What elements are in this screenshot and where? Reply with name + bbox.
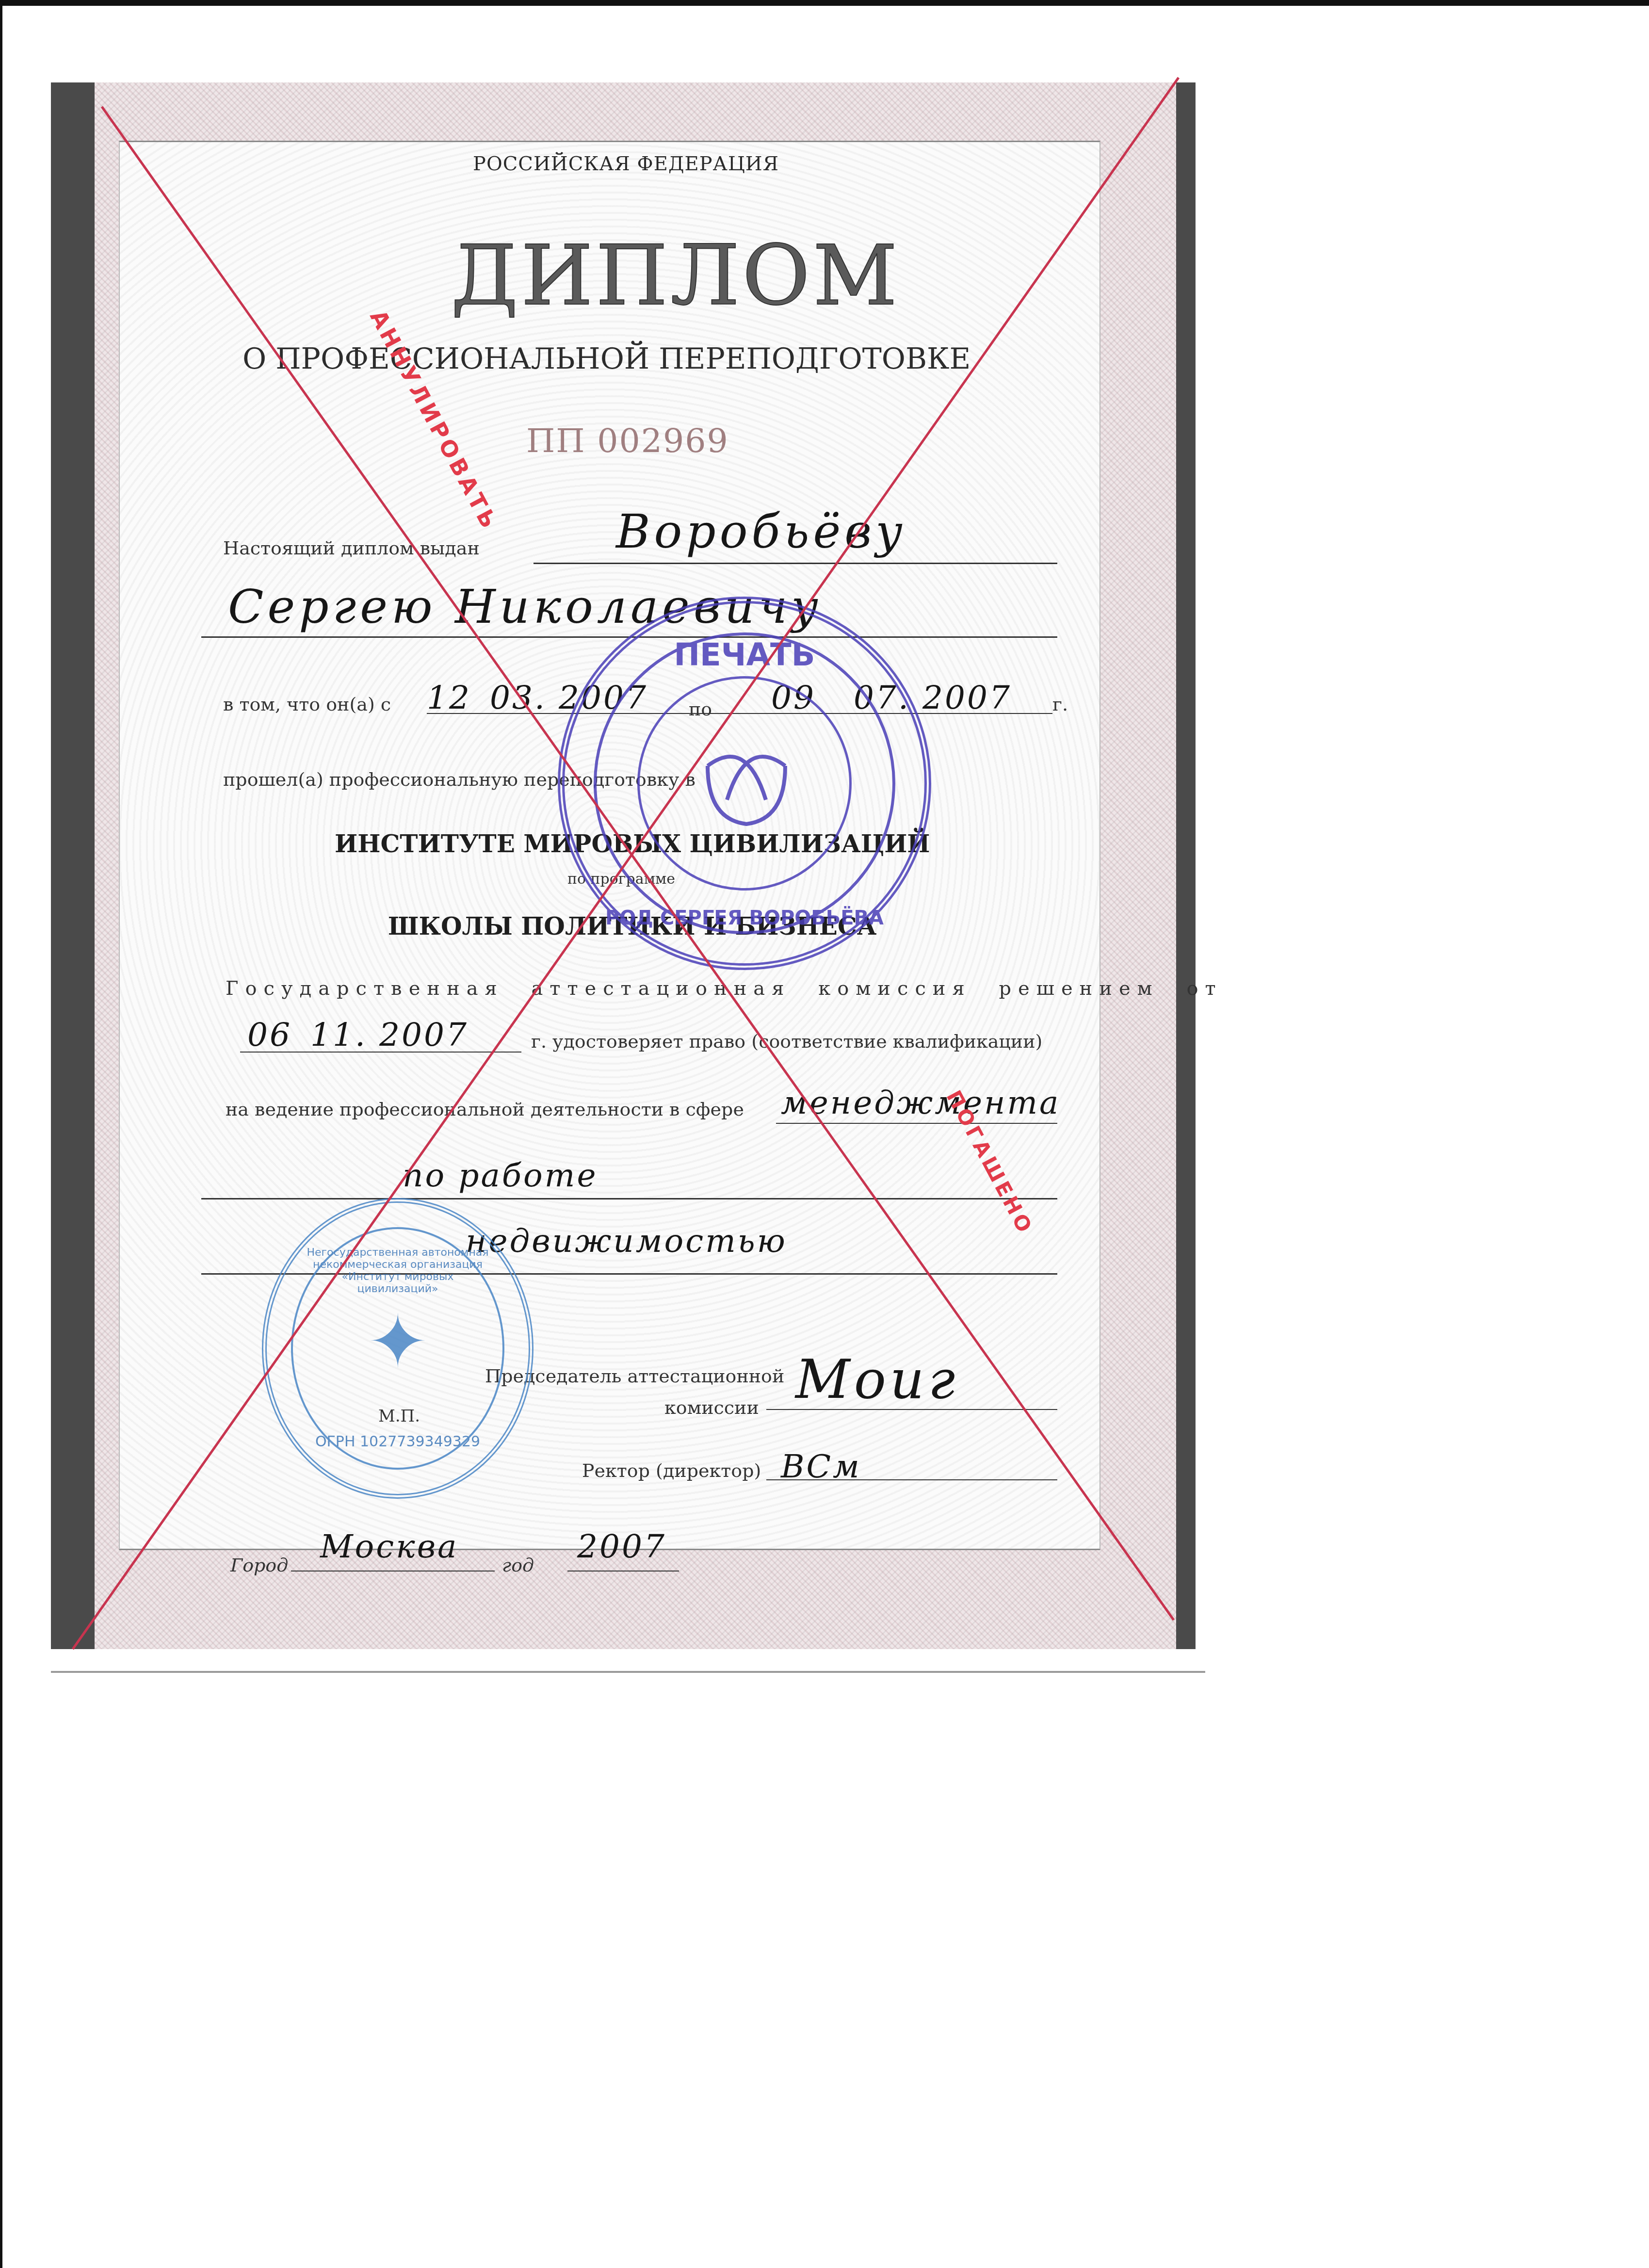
cross-out-lines — [0, 0, 1649, 2268]
